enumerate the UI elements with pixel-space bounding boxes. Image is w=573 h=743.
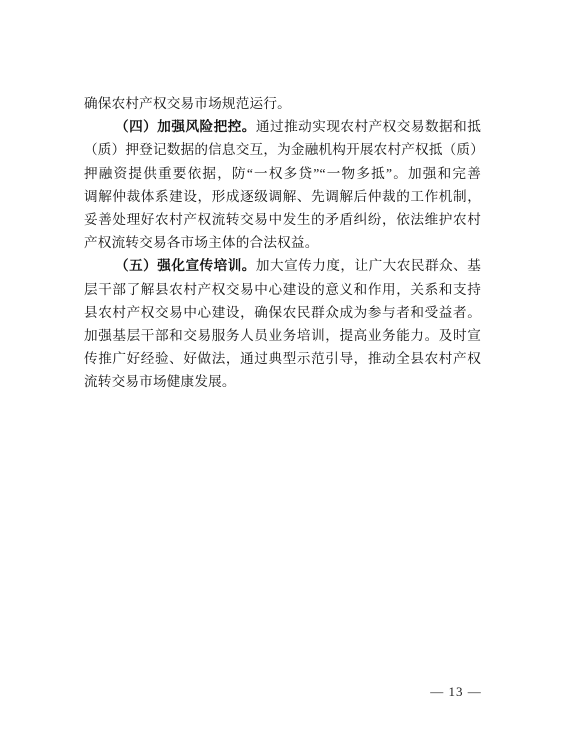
body-text-run: 层干部了解县农村产权交易中心建设的意义和作用，关系和支持	[84, 282, 481, 297]
body-text-run: 加大宣传力度，让广大农民群众、基	[256, 258, 481, 273]
body-text-run: 押融资提供重要依据，防“一权多贷”“一物多抵”。加强和完善	[84, 166, 481, 181]
text-line: （五）强化宣传培训。加大宣传力度，让广大农民群众、基	[84, 254, 481, 277]
page-number: — 13 —	[426, 684, 486, 700]
text-line: 确保农村产权交易市场规范运行。	[84, 92, 481, 115]
body-text-run: 加强基层干部和交易服务人员业务培训，提高业务能力。及时宣	[84, 328, 481, 343]
text-line: 调解仲裁体系建设，形成逐级调解、先调解后仲裁的工作机制，	[84, 185, 481, 208]
section-heading-run: （五）强化宣传培训。	[115, 258, 256, 273]
body-text-run: 确保农村产权交易市场规范运行。	[84, 96, 291, 111]
text-line: 流转交易市场健康发展。	[84, 370, 481, 393]
body-text-run: 流转交易市场健康发展。	[84, 374, 236, 389]
body-text-run: 妥善处理好农村产权流转交易中发生的矛盾纠纷，依法维护农村	[84, 212, 481, 227]
body-text-run: 通过推动实现农村产权交易数据和抵	[256, 119, 481, 134]
text-line: 产权流转交易各市场主体的合法权益。	[84, 231, 481, 254]
text-line: 押融资提供重要依据，防“一权多贷”“一物多抵”。加强和完善	[84, 162, 481, 185]
text-line: 传推广好经验、好做法，通过典型示范引导，推动全县农村产权	[84, 347, 481, 370]
text-line: 妥善处理好农村产权流转交易中发生的矛盾纠纷，依法维护农村	[84, 208, 481, 231]
body-text-run: 调解仲裁体系建设，形成逐级调解、先调解后仲裁的工作机制，	[84, 189, 481, 204]
body-text-run: （质）押登记数据的信息交互，为金融机构开展农村产权抵（质）	[84, 142, 484, 157]
body-text-run: 产权流转交易各市场主体的合法权益。	[84, 235, 319, 250]
text-line: 县农村产权交易中心建设，确保农民群众成为参与者和受益者。	[84, 301, 481, 324]
text-line: （质）押登记数据的信息交互，为金融机构开展农村产权抵（质）	[84, 138, 481, 161]
text-line: 加强基层干部和交易服务人员业务培训，提高业务能力。及时宣	[84, 324, 481, 347]
text-line: （四）加强风险把控。通过推动实现农村产权交易数据和抵	[84, 115, 481, 138]
text-line: 层干部了解县农村产权交易中心建设的意义和作用，关系和支持	[84, 278, 481, 301]
document-page: 确保农村产权交易市场规范运行。（四）加强风险把控。通过推动实现农村产权交易数据和…	[0, 0, 573, 743]
body-text-run: 县农村产权交易中心建设，确保农民群众成为参与者和受益者。	[84, 305, 481, 320]
section-heading-run: （四）加强风险把控。	[115, 119, 256, 134]
document-text-block: 确保农村产权交易市场规范运行。（四）加强风险把控。通过推动实现农村产权交易数据和…	[84, 92, 481, 393]
body-text-run: 传推广好经验、好做法，通过典型示范引导，推动全县农村产权	[84, 351, 481, 366]
